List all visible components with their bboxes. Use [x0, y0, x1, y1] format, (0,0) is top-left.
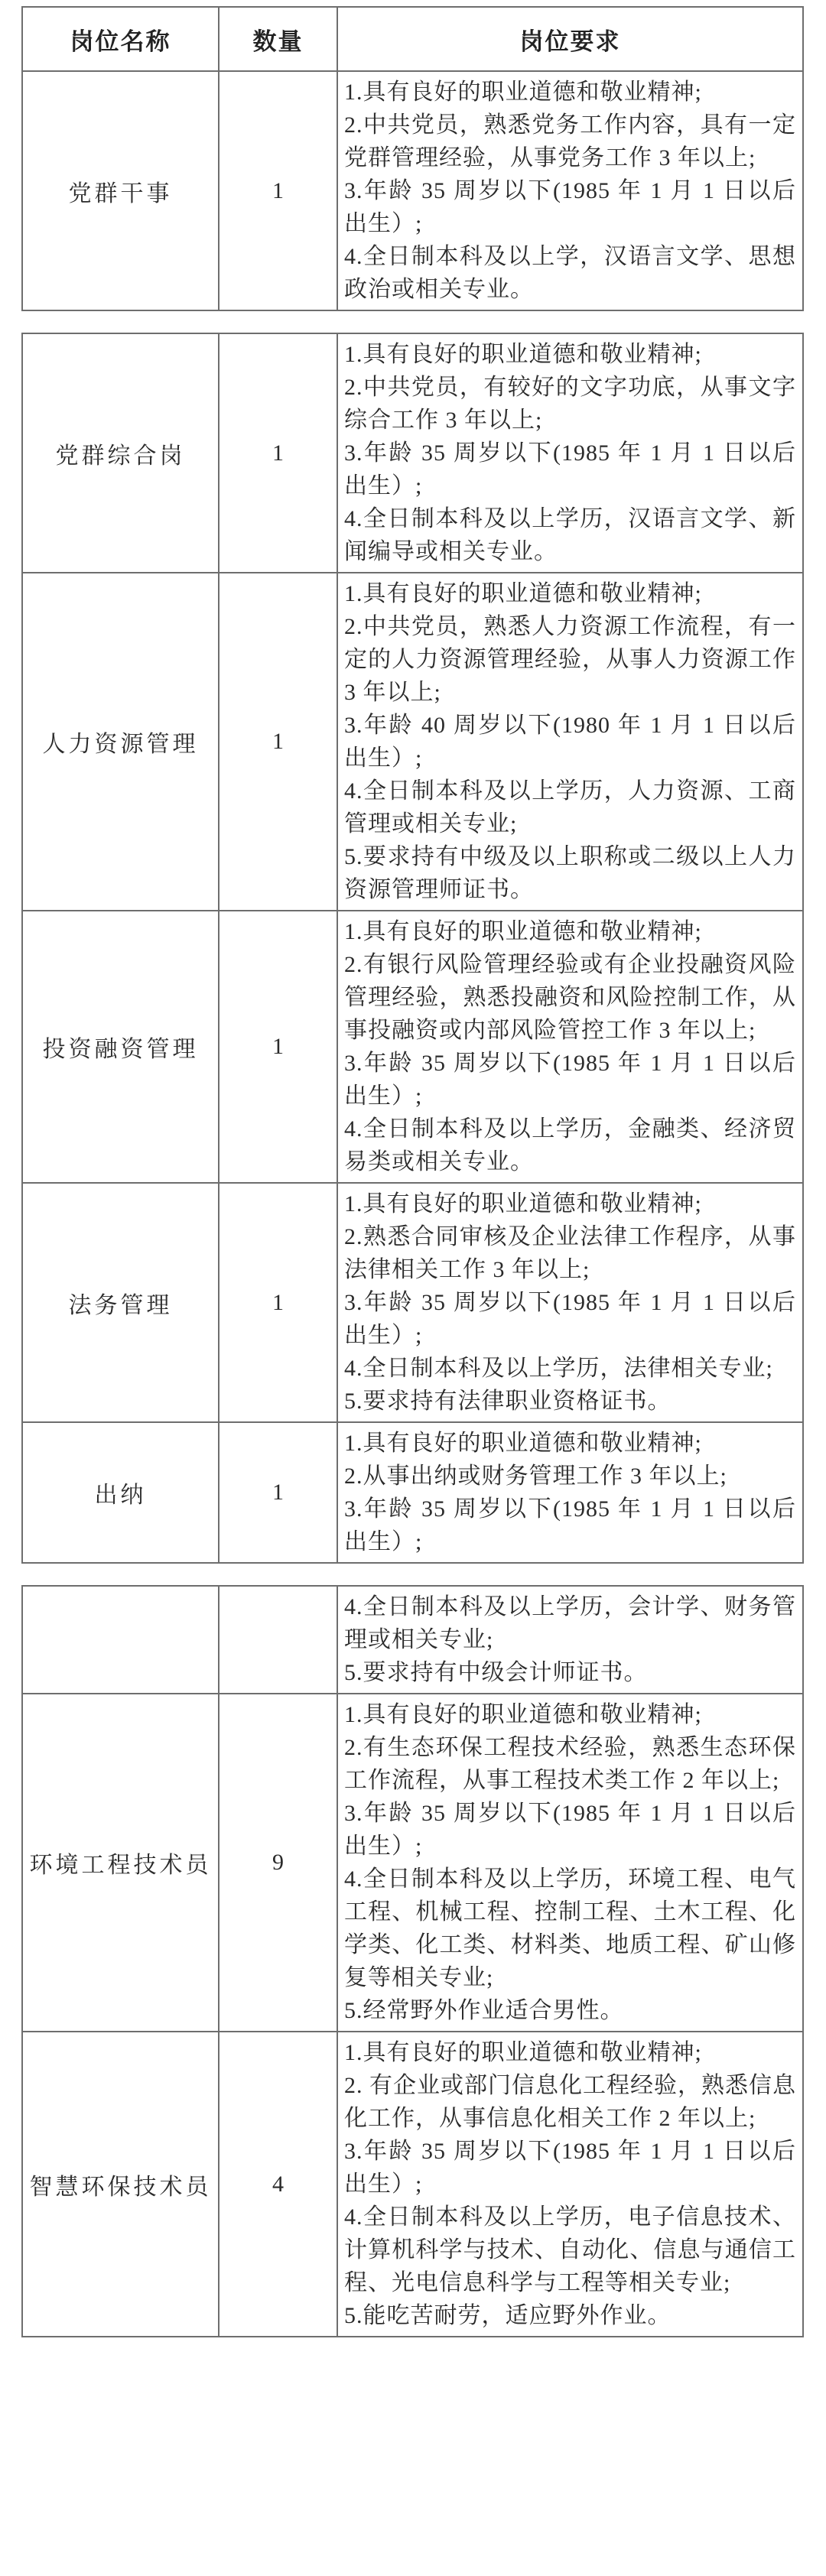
requirement-item: 4.全日制本科及以上学历，法律相关专业; — [344, 1352, 796, 1385]
column-header: 岗位名称 — [22, 7, 219, 71]
requirement-item: 2.中共党员，熟悉党务工作内容，具有一定党群管理经验，从事党务工作 3 年以上; — [344, 109, 796, 174]
position-requirements-cell: 1.具有良好的职业道德和敬业精神;2. 有企业或部门信息化工程经验，熟悉信息化工… — [337, 2032, 803, 2337]
requirement-item: 5.要求持有中级及以上职称或二级以上人力资源管理师证书。 — [344, 840, 796, 906]
position-count-cell: 1 — [219, 1183, 337, 1422]
requirement-item: 5.经常野外作业适合男性。 — [344, 1994, 796, 2027]
job-row: 出纳11.具有良好的职业道德和敬业精神;2.从事出纳或财务管理工作 3 年以上;… — [22, 1422, 803, 1563]
job-row: 环境工程技术员91.具有良好的职业道德和敬业精神;2.有生态环保工程技术经验，熟… — [22, 1694, 803, 2032]
requirement-item: 2.中共党员，熟悉人力资源工作流程，有一定的人力资源管理经验，从事人力资源工作 … — [344, 610, 796, 709]
requirement-item: 4.全日制本科及以上学历，环境工程、电气工程、机械工程、控制工程、土木工程、化学… — [344, 1863, 796, 1994]
position-requirements-cell: 1.具有良好的职业道德和敬业精神;2.中共党员，有较好的文字功底，从事文字综合工… — [337, 333, 803, 573]
table-body: 党群综合岗11.具有良好的职业道德和敬业精神;2.中共党员，有较好的文字功底，从… — [22, 333, 803, 1563]
requirement-item: 3.年龄 35 周岁以下(1985 年 1 月 1 日以后出生）; — [344, 1286, 796, 1352]
position-count-cell: 4 — [219, 2032, 337, 2337]
position-requirements-cell: 1.具有良好的职业道德和敬业精神;2.熟悉合同审核及企业法律工作程序，从事法律相… — [337, 1183, 803, 1422]
requirement-item: 3.年龄 35 周岁以下(1985 年 1 月 1 日以后出生）; — [344, 1047, 796, 1113]
requirement-item: 3.年龄 40 周岁以下(1980 年 1 月 1 日以后出生）; — [344, 709, 796, 775]
position-count-cell: 9 — [219, 1694, 337, 2032]
job-position-tables: 岗位名称数量岗位要求 党群干事11.具有良好的职业道德和敬业精神;2.中共党员，… — [21, 6, 802, 2337]
requirement-item: 3.年龄 35 周岁以下(1985 年 1 月 1 日以后出生）; — [344, 174, 796, 240]
requirement-item: 1.具有良好的职业道德和敬业精神; — [344, 1187, 796, 1220]
position-count-cell — [219, 1586, 337, 1694]
column-header: 岗位要求 — [337, 7, 803, 71]
requirement-item: 3.年龄 35 周岁以下(1985 年 1 月 1 日以后出生）; — [344, 1493, 796, 1558]
header-row: 岗位名称数量岗位要求 — [22, 7, 803, 71]
job-row: 党群干事11.具有良好的职业道德和敬业精神;2.中共党员，熟悉党务工作内容，具有… — [22, 71, 803, 310]
position-requirements-cell: 1.具有良好的职业道德和敬业精神;2.有生态环保工程技术经验，熟悉生态环保工作流… — [337, 1694, 803, 2032]
position-name-cell: 党群干事 — [22, 71, 219, 310]
requirement-item: 2.有银行风险管理经验或有企业投融资风险管理经验，熟悉投融资和风险控制工作，从事… — [344, 948, 796, 1047]
position-requirements-cell: 1.具有良好的职业道德和敬业精神;2.中共党员，熟悉党务工作内容，具有一定党群管… — [337, 71, 803, 310]
table-head: 岗位名称数量岗位要求 — [22, 7, 803, 71]
requirement-item: 2.从事出纳或财务管理工作 3 年以上; — [344, 1460, 796, 1493]
job-table-section: 4.全日制本科及以上学历，会计学、财务管理或相关专业;5.要求持有中级会计师证书… — [21, 1585, 804, 2337]
position-name-cell: 环境工程技术员 — [22, 1694, 219, 2032]
requirement-item: 1.具有良好的职业道德和敬业精神; — [344, 1427, 796, 1460]
requirement-item: 3.年龄 35 周岁以下(1985 年 1 月 1 日以后出生）; — [344, 1797, 796, 1863]
position-count-cell: 1 — [219, 333, 337, 573]
position-name-cell: 法务管理 — [22, 1183, 219, 1422]
job-row: 投资融资管理11.具有良好的职业道德和敬业精神;2.有银行风险管理经验或有企业投… — [22, 911, 803, 1183]
position-count-cell: 1 — [219, 573, 337, 911]
position-count-cell: 1 — [219, 1422, 337, 1563]
position-requirements-cell: 1.具有良好的职业道德和敬业精神;2.有银行风险管理经验或有企业投融资风险管理经… — [337, 911, 803, 1183]
position-requirements-cell: 1.具有良好的职业道德和敬业精神;2.从事出纳或财务管理工作 3 年以上;3.年… — [337, 1422, 803, 1563]
position-name-cell — [22, 1586, 219, 1694]
requirement-item: 4.全日制本科及以上学历，会计学、财务管理或相关专业; — [344, 1590, 796, 1656]
requirement-item: 5.能吃苦耐劳，适应野外作业。 — [344, 2299, 796, 2332]
table-body: 4.全日制本科及以上学历，会计学、财务管理或相关专业;5.要求持有中级会计师证书… — [22, 1586, 803, 2337]
requirement-item: 2.中共党员，有较好的文字功底，从事文字综合工作 3 年以上; — [344, 371, 796, 437]
position-count-cell: 1 — [219, 911, 337, 1183]
position-name-cell: 投资融资管理 — [22, 911, 219, 1183]
requirement-item: 1.具有良好的职业道德和敬业精神; — [344, 577, 796, 610]
job-row: 智慧环保技术员41.具有良好的职业道德和敬业精神;2. 有企业或部门信息化工程经… — [22, 2032, 803, 2337]
requirement-item: 3.年龄 35 周岁以下(1985 年 1 月 1 日以后出生）; — [344, 2135, 796, 2201]
requirement-item: 1.具有良好的职业道德和敬业精神; — [344, 338, 796, 371]
requirement-item: 5.要求持有法律职业资格证书。 — [344, 1385, 796, 1418]
job-row: 党群综合岗11.具有良好的职业道德和敬业精神;2.中共党员，有较好的文字功底，从… — [22, 333, 803, 573]
column-header: 数量 — [219, 7, 337, 71]
job-table-section: 党群综合岗11.具有良好的职业道德和敬业精神;2.中共党员，有较好的文字功底，从… — [21, 333, 804, 1564]
requirement-item: 2.有生态环保工程技术经验，熟悉生态环保工作流程，从事工程技术类工作 2 年以上… — [344, 1731, 796, 1797]
position-name-cell: 智慧环保技术员 — [22, 2032, 219, 2337]
position-name-cell: 人力资源管理 — [22, 573, 219, 911]
position-requirements-cell: 1.具有良好的职业道德和敬业精神;2.中共党员，熟悉人力资源工作流程，有一定的人… — [337, 573, 803, 911]
requirement-item: 5.要求持有中级会计师证书。 — [344, 1656, 796, 1689]
requirement-item: 4.全日制本科及以上学，汉语言文学、思想政治或相关专业。 — [344, 240, 796, 306]
requirement-item: 4.全日制本科及以上学历，汉语言文学、新闻编导或相关专业。 — [344, 502, 796, 568]
requirement-item: 4.全日制本科及以上学历，金融类、经济贸易类或相关专业。 — [344, 1113, 796, 1178]
job-row: 人力资源管理11.具有良好的职业道德和敬业精神;2.中共党员，熟悉人力资源工作流… — [22, 573, 803, 911]
requirement-item: 4.全日制本科及以上学历，电子信息技术、计算机科学与技术、自动化、信息与通信工程… — [344, 2201, 796, 2299]
job-row: 法务管理11.具有良好的职业道德和敬业精神;2.熟悉合同审核及企业法律工作程序，… — [22, 1183, 803, 1422]
job-table-section: 岗位名称数量岗位要求 党群干事11.具有良好的职业道德和敬业精神;2.中共党员，… — [21, 6, 804, 311]
position-name-cell: 党群综合岗 — [22, 333, 219, 573]
position-requirements-cell: 4.全日制本科及以上学历，会计学、财务管理或相关专业;5.要求持有中级会计师证书… — [337, 1586, 803, 1694]
job-row: 4.全日制本科及以上学历，会计学、财务管理或相关专业;5.要求持有中级会计师证书… — [22, 1586, 803, 1694]
requirement-item: 3.年龄 35 周岁以下(1985 年 1 月 1 日以后出生）; — [344, 437, 796, 502]
requirement-item: 2. 有企业或部门信息化工程经验，熟悉信息化工作，从事信息化相关工作 2 年以上… — [344, 2069, 796, 2135]
recruitment-document-page: 岗位名称数量岗位要求 党群干事11.具有良好的职业道德和敬业精神;2.中共党员，… — [0, 0, 826, 2348]
position-count-cell: 1 — [219, 71, 337, 310]
requirement-item: 4.全日制本科及以上学历，人力资源、工商管理或相关专业; — [344, 775, 796, 840]
requirement-item: 1.具有良好的职业道德和敬业精神; — [344, 1698, 796, 1731]
requirement-item: 1.具有良好的职业道德和敬业精神; — [344, 2036, 796, 2069]
table-body: 党群干事11.具有良好的职业道德和敬业精神;2.中共党员，熟悉党务工作内容，具有… — [22, 71, 803, 310]
position-name-cell: 出纳 — [22, 1422, 219, 1563]
requirement-item: 1.具有良好的职业道德和敬业精神; — [344, 76, 796, 109]
requirement-item: 2.熟悉合同审核及企业法律工作程序，从事法律相关工作 3 年以上; — [344, 1220, 796, 1286]
requirement-item: 1.具有良好的职业道德和敬业精神; — [344, 915, 796, 948]
